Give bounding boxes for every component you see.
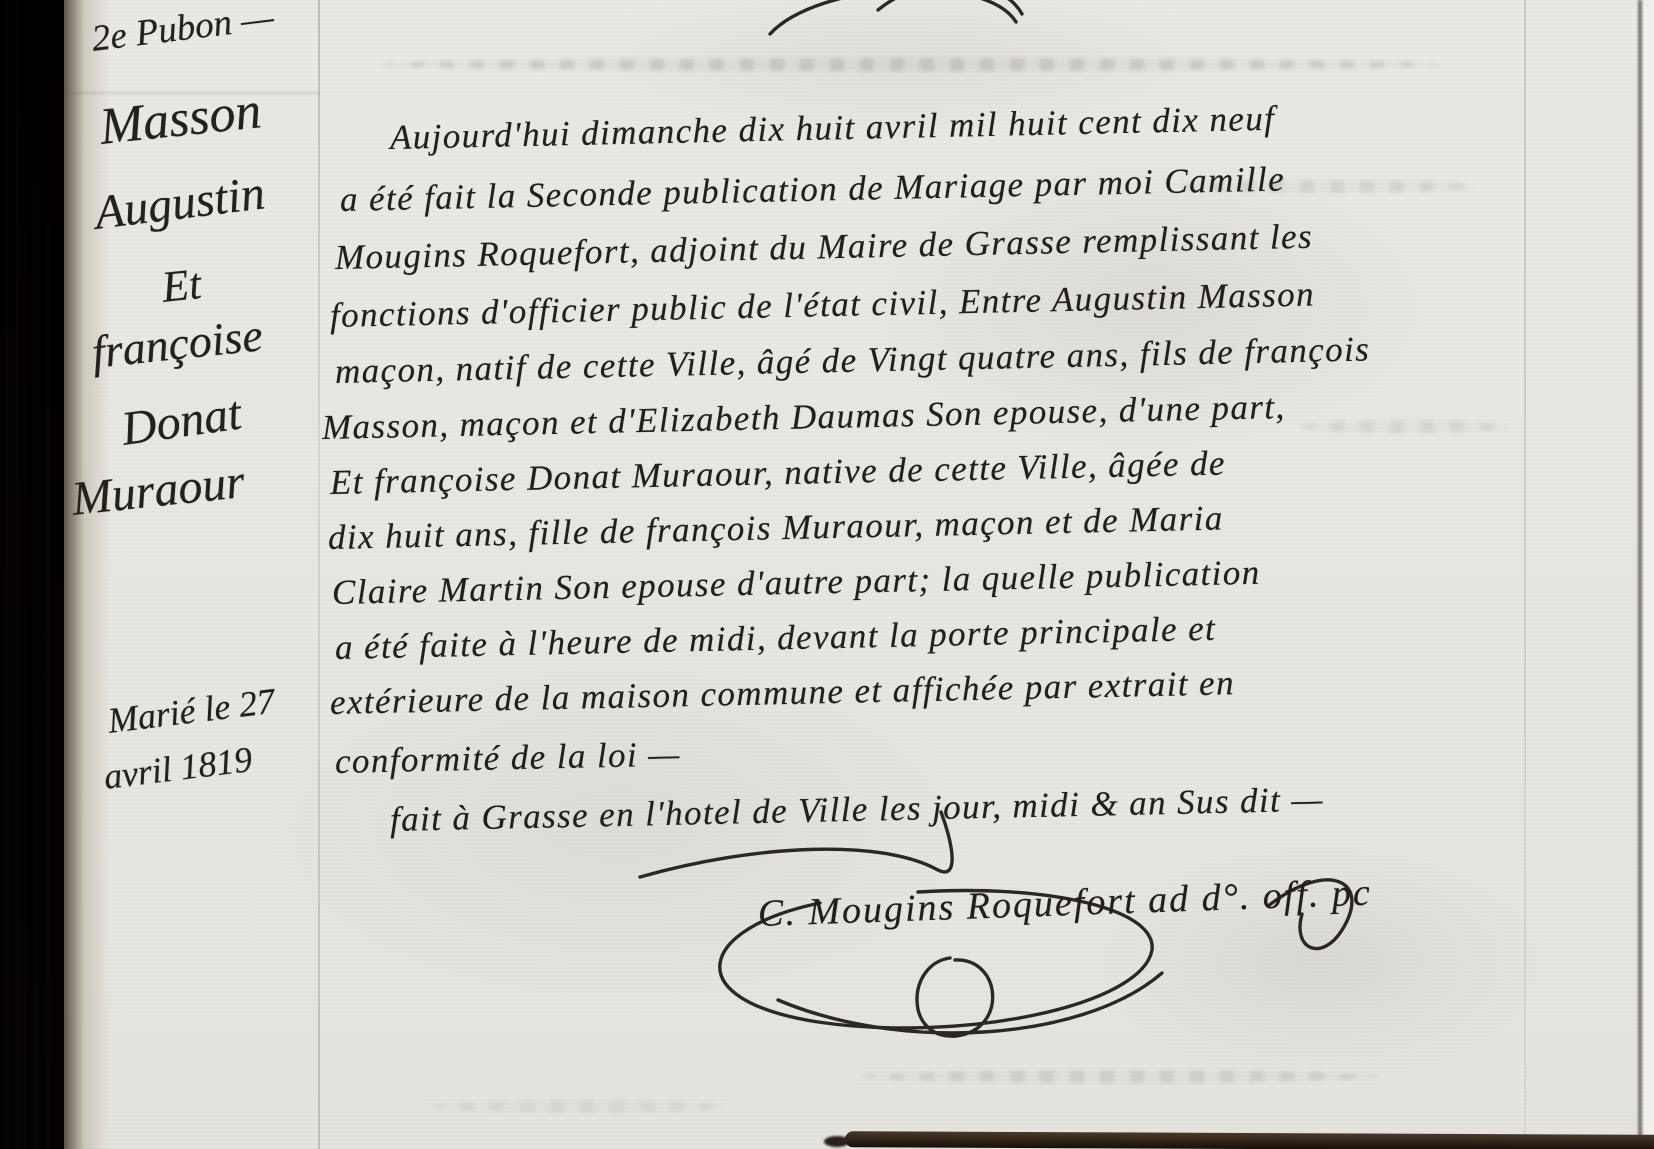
act-text-line: Masson, maçon et d'Elizabeth Daumas Son … xyxy=(322,387,1286,448)
margin-marriage-date-line1: Marié le 27 xyxy=(105,680,277,742)
act-text-line: extérieure de la maison commune et affic… xyxy=(330,663,1236,723)
bleedthrough-smear xyxy=(430,1100,730,1113)
page-edge-paper xyxy=(1644,0,1654,1149)
register-page: 2e Pubon — Masson Augustin Et françoise … xyxy=(0,0,1654,1149)
act-text-line: fait à Grasse en l'hotel de Ville les jo… xyxy=(390,780,1325,840)
right-rule-line xyxy=(1524,0,1526,1149)
act-text-line: Claire Martin Son epouse d'autre part; l… xyxy=(332,553,1261,613)
act-text-line: maçon, natif de cette Ville, âgé de Ving… xyxy=(335,329,1371,392)
act-text-line: conformité de la loi — xyxy=(335,734,682,782)
top-flourish-arc xyxy=(878,0,1022,14)
act-text-line: a été fait la Seconde publication de Mar… xyxy=(340,159,1286,220)
act-text-line: Et françoise Donat Muraour, native de ce… xyxy=(330,443,1227,503)
bottom-scan-shadow xyxy=(845,1131,1654,1149)
officiant-signature: C. Mougins Roquefort ad d°. off. pc xyxy=(757,871,1372,936)
page-edge-line xyxy=(1638,0,1642,1149)
bleedthrough-smear xyxy=(380,58,1440,71)
act-text-line: Aujourd'hui dimanche dix huit avril mil … xyxy=(390,99,1276,158)
act-text-line: a été faite à l'heure de midi, devant la… xyxy=(335,609,1217,668)
act-text-line: Mougins Roquefort, adjoint du Maire de G… xyxy=(335,217,1314,278)
signature-small-loop xyxy=(917,958,993,1036)
margin-conjunction: Et xyxy=(159,258,203,313)
act-text-line: dix huit ans, fille de françois Muraour,… xyxy=(328,498,1225,558)
act-text-line: fonctions d'officier public de l'état ci… xyxy=(330,275,1316,336)
top-flourish-arc xyxy=(770,0,1016,34)
bleedthrough-smear xyxy=(1300,420,1510,433)
ink-blot xyxy=(824,1136,850,1147)
margin-publication-label: 2e Pubon — xyxy=(89,0,276,61)
margin-fold-line xyxy=(318,0,320,1149)
signature-under-curve xyxy=(778,973,1162,1033)
binding-shadow xyxy=(64,0,110,1149)
margin-bride-middlename: Donat xyxy=(118,386,244,457)
margin-marriage-date-line2: avril 1819 xyxy=(101,738,254,798)
book-binding-edge xyxy=(0,0,64,1149)
margin-groom-firstname: Augustin xyxy=(92,165,268,240)
bleedthrough-smear xyxy=(860,1070,1380,1083)
margin-bride-firstname: françoise xyxy=(89,308,265,379)
